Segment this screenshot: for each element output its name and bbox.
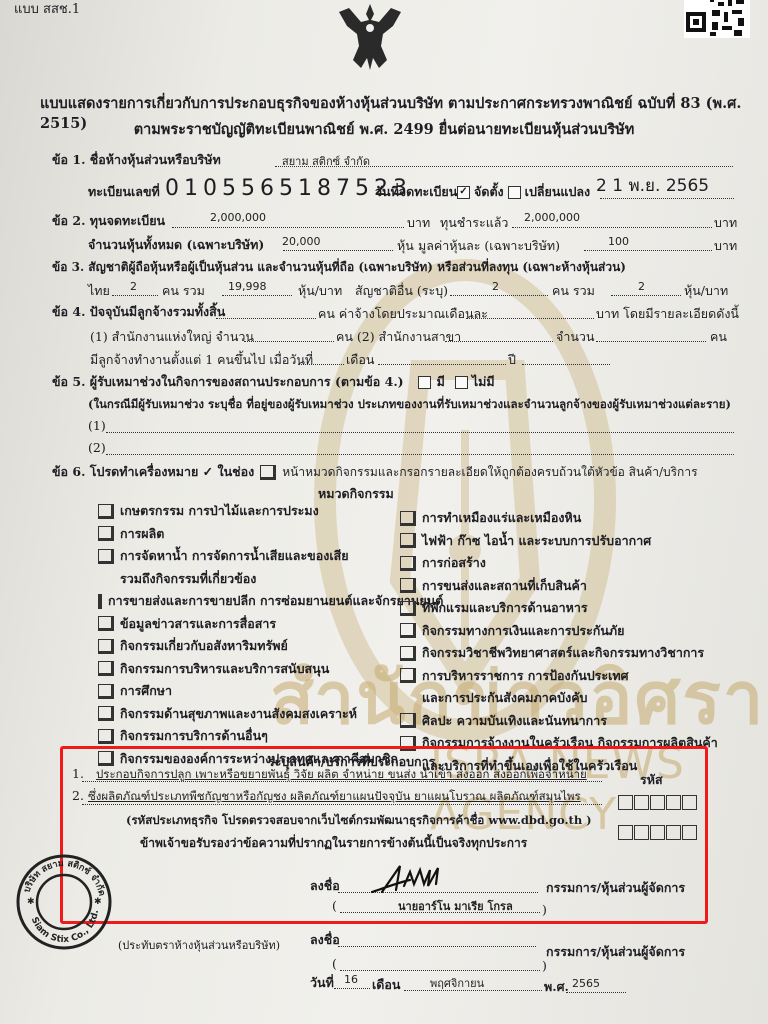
hq-label: (1) สำนักงานแห่งใหญ่ จำนวน: [90, 327, 254, 347]
category-label: กิจกรรมวิชาชีพวิทยาศาสตร์และกิจกรรมทางวิ…: [422, 643, 704, 663]
category-checkbox[interactable]: [98, 616, 114, 631]
category-label: การบริหารราชการ การป้องกันประเทศ: [422, 666, 629, 686]
svg-text:✱: ✱: [27, 897, 35, 907]
category-label: กิจกรรมเกี่ยวกับอสังหาริมทรัพย์: [120, 636, 288, 656]
thai-count-field[interactable]: 2: [130, 280, 137, 293]
sign-label: ลงชื่อ: [310, 876, 340, 896]
wage-label: คน ค่าจ้างโดยประมาณเดือนละ: [318, 304, 488, 324]
day-field[interactable]: 16: [344, 973, 358, 986]
persons-label: คน รวม: [552, 281, 595, 301]
thai-shares-field[interactable]: 19,998: [228, 280, 267, 293]
category-item[interactable]: การผลิต: [98, 523, 398, 546]
category-checkbox[interactable]: [98, 684, 114, 699]
item6-label: ข้อ 6. โปรดทำเครื่องหมาย ✓ ในช่อง: [52, 462, 254, 482]
category-item[interactable]: การขายส่งและการขายปลีก การซ่อมยานยนต์และ…: [98, 590, 398, 613]
category-checkbox[interactable]: [98, 706, 114, 721]
category-label: ศิลปะ ความบันเทิงและนันทนาการ: [422, 711, 607, 731]
category-label-continued: และการประกันสังคมภาคบังคับ: [400, 687, 740, 710]
item2-label: ข้อ 2. ทุนจดทะเบียน: [52, 211, 165, 231]
year-label-2: พ.ศ.: [544, 977, 569, 997]
category-label: การขายส่งและการขายปลีก การซ่อมยานยนต์และ…: [108, 591, 443, 611]
sign-label-2: ลงชื่อ: [310, 930, 340, 950]
item6-label-rest: หน้าหมวดกิจกรรมและกรอกรายละเอียดให้ถูกต้…: [282, 463, 697, 482]
checkbox-sample-icon: [260, 465, 276, 480]
signature-line-2[interactable]: [338, 946, 536, 947]
category-label: การขนส่งและสถานที่เก็บสินค้า: [422, 576, 587, 596]
change-label: เปลี่ยนแปลง: [525, 182, 591, 202]
category-item[interactable]: กิจกรรมเกี่ยวกับอสังหาริมทรัพย์: [98, 635, 398, 658]
category-label: การศึกษา: [120, 681, 172, 701]
establish-label: จัดตั้ง: [474, 182, 504, 202]
category-checkbox[interactable]: [400, 578, 416, 593]
category-label: กิจกรรมการบริการด้านอื่นๆ: [120, 726, 268, 746]
form-title-line2: ตามพระราชบัญญัติทะเบียนพาณิชย์ พ.ศ. 2499…: [0, 118, 768, 141]
par-value-field[interactable]: 100: [608, 235, 629, 248]
category-item[interactable]: ไฟฟ้า ก๊าซ ไอน้ำ และระบบการปรับอากาศ: [400, 530, 740, 553]
subcontractor-line1-label: (1): [88, 418, 106, 433]
count-label: จำนวน: [556, 327, 594, 347]
category-label: การทำเหมืองแร่และเหมืองหิน: [422, 508, 581, 528]
reg-date-field[interactable]: 2 1 พ.ย. 2565: [596, 172, 709, 199]
category-item[interactable]: การศึกษา: [98, 680, 398, 703]
unit-label: หุ้น/บาท: [684, 281, 728, 301]
establish-checkbox[interactable]: ✓: [457, 186, 470, 199]
category-item[interactable]: ศิลปะ ความบันเทิงและนันทนาการ: [400, 710, 740, 733]
category-label: เกษตรกรรม การป่าไม้และการประมง: [120, 501, 319, 521]
category-checkbox[interactable]: [98, 526, 114, 541]
branch-label: คน (2) สำนักงานสาขา: [336, 327, 461, 347]
category-checkbox[interactable]: [98, 661, 114, 676]
signature-icon: [370, 862, 460, 896]
company-stamp-icon: ✱ ✱ บริษัท สยาม สติกซ์ จำกัด Siam Stix C…: [14, 852, 114, 952]
category-checkbox[interactable]: [400, 511, 416, 526]
code-boxes-2[interactable]: [618, 825, 698, 844]
category-item[interactable]: กิจกรรมการบริหารและบริการสนับสนุน: [98, 658, 398, 681]
item1-label: ข้อ 1. ชื่อห้างหุ้นส่วนหรือบริษัท: [52, 150, 221, 170]
thai-label: ไทย: [88, 281, 110, 301]
svg-text:✱: ✱: [94, 897, 102, 907]
category-label: การก่อสร้าง: [422, 553, 486, 573]
category-label: กิจกรรมการบริหารและบริการสนับสนุน: [120, 659, 329, 679]
category-label: ข้อมูลข่าวสารและการสื่อสาร: [120, 614, 276, 634]
category-label-continued: รวมถึงกิจกรรมที่เกี่ยวข้อง: [98, 568, 398, 591]
garuda-emblem-icon: [335, 0, 405, 72]
category-item[interactable]: กิจกรรมการบริการด้านอื่นๆ: [98, 725, 398, 748]
category-checkbox[interactable]: [400, 646, 416, 661]
signer-role: กรรมการ/หุ้นส่วนผู้จัดการ: [546, 878, 685, 898]
category-checkbox[interactable]: [98, 639, 114, 654]
subcontractor-line2-field[interactable]: [106, 454, 734, 455]
category-item[interactable]: กิจกรรมทางการเงินและการประกันภัย: [400, 620, 740, 643]
form-id: แบบ สสช.1: [14, 0, 80, 19]
baht-unit: บาท: [407, 213, 430, 233]
category-label: การจัดหาน้ำ การจัดการน้ำเสียและของเสีย: [120, 546, 349, 566]
item5-label: ข้อ 5. ผู้รับเหมาช่วงในกิจการของสถานประก…: [52, 372, 404, 392]
year-field[interactable]: 2565: [572, 977, 600, 990]
category-item[interactable]: การบริหารราชการ การป้องกันประเทศ: [400, 665, 740, 688]
signer-name-field-2[interactable]: [340, 970, 540, 971]
category-item[interactable]: การขนส่งและสถานที่เก็บสินค้า: [400, 575, 740, 598]
category-checkbox[interactable]: [98, 594, 102, 609]
code-label: รหัส: [640, 770, 663, 790]
baht-unit: บาท: [714, 236, 737, 256]
shares-unit: หุ้น: [397, 236, 414, 256]
right-category-list: การทำเหมืองแร่และเหมืองหินไฟฟ้า ก๊าซ ไอน…: [400, 507, 740, 777]
category-label: กิจกรรมทางการเงินและการประกันภัย: [422, 621, 624, 641]
category-checkbox[interactable]: [98, 549, 114, 564]
registered-capital-field[interactable]: 2,000,000: [210, 211, 266, 224]
qr-code-icon: [684, 0, 750, 38]
baht-detail-label: บาท โดยมีรายละเอียดดังนี้: [596, 304, 739, 324]
paid-capital-field[interactable]: 2,000,000: [524, 211, 580, 224]
year-label: ปี: [508, 350, 516, 370]
code-boxes-1[interactable]: [618, 795, 698, 814]
par-value-label: มูลค่าหุ้นละ (เฉพาะบริษัท): [418, 236, 560, 256]
code-note: (รหัสประเภทธุรกิจ โปรดตรวจสอบจากเว็บไซต์…: [126, 812, 592, 830]
other-shares-field[interactable]: 2: [638, 280, 645, 293]
other-nationality-label: สัญชาติอื่น (ระบุ): [355, 281, 448, 301]
category-label: ไฟฟ้า ก๊าซ ไอน้ำ และระบบการปรับอากาศ: [422, 531, 651, 551]
subcontractor-yes-checkbox[interactable]: [418, 376, 431, 389]
baht-unit: บาท: [714, 213, 737, 233]
category-checkbox[interactable]: [98, 504, 114, 519]
reg-date-label: วันที่จดทะเบียน: [375, 182, 457, 202]
stamp-note: (ประทับตราห้างหุ้นส่วนหรือบริษัท): [118, 936, 280, 954]
paid-capital-label: ทุนชำระแล้ว: [440, 213, 508, 233]
no-label: ไม่มี: [472, 372, 495, 392]
employees-since-label: มีลูกจ้างทำงานตั้งแต่ 1 คนขึ้นไป เมื่อวั…: [90, 350, 313, 370]
category-checkbox[interactable]: [400, 601, 416, 616]
category-checkbox[interactable]: [400, 668, 416, 683]
product-line1-number: 1.: [72, 766, 84, 781]
category-item[interactable]: เกษตรกรรม การป่าไม้และการประมง: [98, 500, 398, 523]
category-item[interactable]: การก่อสร้าง: [400, 552, 740, 575]
persons-label: คน รวม: [162, 281, 205, 301]
company-name-field[interactable]: สยาม สติกซ์ จำกัด: [282, 152, 370, 170]
category-checkbox[interactable]: [98, 729, 114, 744]
shares-total-label: จำนวนหุ้นทั้งหมด (เฉพาะบริษัท): [88, 235, 264, 255]
unit-label: หุ้น/บาท: [298, 281, 342, 301]
person-label: คน: [710, 327, 727, 347]
category-checkbox[interactable]: [400, 533, 416, 548]
month-label-2: เดือน: [372, 975, 400, 995]
item5-note: (ในกรณีมีผู้รับเหมาช่วง ระบุชื่อ ที่อยู่…: [88, 396, 731, 414]
product-line2-number: 2.: [72, 788, 84, 803]
left-category-list: เกษตรกรรม การป่าไม้และการประมงการผลิตการ…: [98, 500, 398, 770]
category-label: ที่พักแรมและบริการด้านอาหาร: [422, 598, 588, 618]
item3-label: ข้อ 3. สัญชาติผู้ถือหุ้นหรือผู้เป็นหุ้นส…: [52, 258, 626, 277]
other-count-field[interactable]: 2: [492, 280, 499, 293]
category-item[interactable]: ข้อมูลข่าวสารและการสื่อสาร: [98, 613, 398, 636]
category-label: การผลิต: [120, 524, 164, 544]
month-field[interactable]: พฤศจิกายน: [430, 974, 484, 992]
product-line2-field[interactable]: ซึ่งผลิตภัณฑ์ประเภทพืชกัญชาหรือกัญชง ผลิ…: [88, 788, 581, 806]
category-item[interactable]: กิจกรรมวิชาชีพวิทยาศาสตร์และกิจกรรมทางวิ…: [400, 642, 740, 665]
category-item[interactable]: กิจกรรมด้านสุขภาพและงานสังคมสงเคราะห์: [98, 703, 398, 726]
signer-name-field[interactable]: นายอาร์โน มาเรีย โกรล: [398, 897, 513, 915]
certification-text: ข้าพเจ้าขอรับรองว่าข้อความที่ปรากฏในรายก…: [140, 834, 527, 853]
subcontractor-line2-label: (2): [88, 440, 106, 455]
category-item[interactable]: การจัดหาน้ำ การจัดการน้ำเสียและของเสีย: [98, 545, 398, 568]
category-checkbox[interactable]: [400, 713, 416, 728]
signer-role-2: กรรมการ/หุ้นส่วนผู้จัดการ: [546, 942, 685, 962]
subcontractor-no-checkbox[interactable]: [455, 376, 468, 389]
item4-label: ข้อ 4. ปัจจุบันมีลูกจ้างรวมทั้งสิ้น: [52, 302, 225, 322]
category-checkbox[interactable]: [400, 556, 416, 571]
category-item[interactable]: การทำเหมืองแร่และเหมืองหิน: [400, 507, 740, 530]
category-item[interactable]: ที่พักแรมและบริการด้านอาหาร: [400, 597, 740, 620]
yes-label: มี: [437, 372, 445, 392]
month-label: เดือน: [346, 350, 374, 370]
subcontractor-line1-field[interactable]: [106, 432, 734, 433]
shares-total-field[interactable]: 20,000: [282, 235, 321, 248]
category-checkbox[interactable]: [400, 623, 416, 638]
product-line1-field[interactable]: ประกอบกิจการปลูก เพาะหรือขยายพันธุ์ วิจั…: [96, 766, 587, 784]
reg-no-label: ทะเบียนเลขที่: [88, 182, 160, 202]
date-label: วันที่: [310, 973, 334, 993]
category-label: กิจกรรมด้านสุขภาพและงานสังคมสงเคราะห์: [120, 704, 357, 724]
change-checkbox[interactable]: [508, 186, 521, 199]
